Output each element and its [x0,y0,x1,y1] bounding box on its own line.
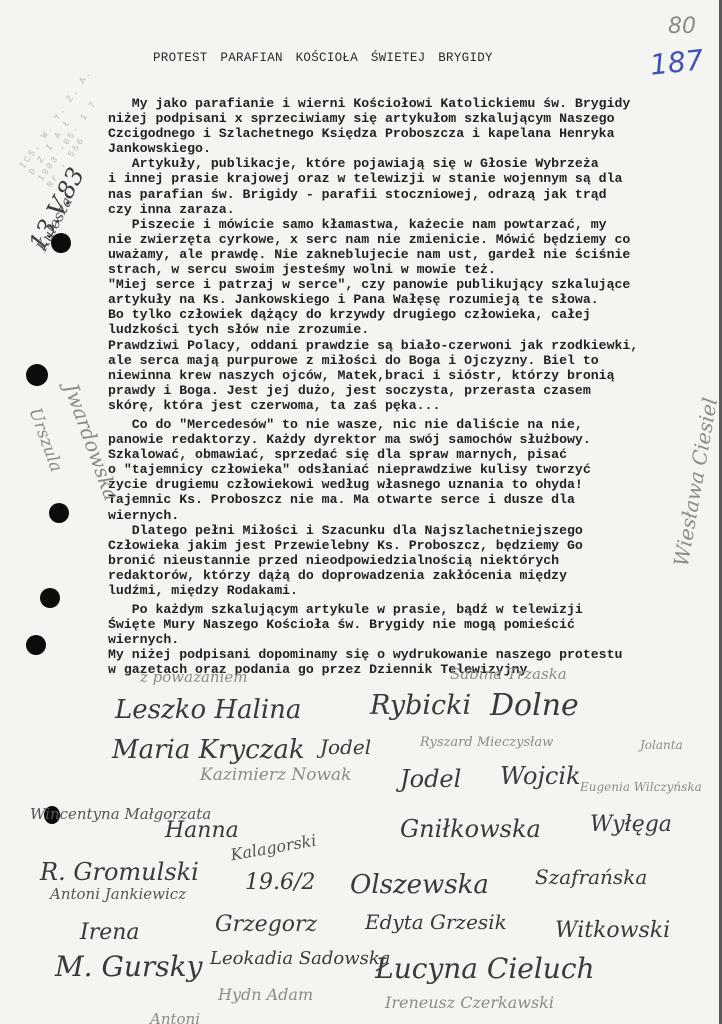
text-line: wiernych. [108,632,708,647]
punch-hole [26,364,48,386]
signature: Hanna [165,818,239,843]
signature: Leszko Halina [115,695,301,725]
signature: Wyłęga [590,812,672,837]
text-line: niżej podpisani x sprzeciwiamy się artyk… [108,111,708,126]
archive-number-new: 187 [648,43,705,81]
text-line: Bo tylko człowiek dążący do krzywdy drug… [108,307,708,322]
text-line: artykuły na Ks. Jankowskiego i Pana Wałę… [108,292,708,307]
text-line: panowie redaktorzy. Każdy dyrektor ma sw… [108,432,708,447]
signature: 19.6/2 [245,870,315,895]
signature: Edyta Grzesik [365,910,507,934]
signature: Grzegorz [215,912,317,937]
text-line: My niżej podpisani dopominamy się o wydr… [108,647,708,662]
text-line: wiernych. [108,508,708,523]
text-line: "Miej serce i patrzaj w serce", czy pano… [108,277,708,292]
signature: Dolne [490,688,579,723]
signature: Łucyna Cieluch [375,952,595,985]
signature: Antoni [150,1010,200,1024]
signature: Jodel [320,735,371,759]
signature: Leokadia Sadowska [210,948,391,969]
text-line: Piszecie i mówicie samo kłamastwa, każec… [108,217,708,232]
signature: Eugenia Wilczyńska [580,780,702,794]
text-line: Człowieka jakim jest Przewielebny Ks. Pr… [108,538,708,553]
text-line: prawdy i Boga. Jest jej dużo, jest soczy… [108,383,708,398]
text-line: ludźmi, między Rodakami. [108,583,708,598]
archive-number-old: 80 [668,14,696,39]
text-line: Święte Mury Naszego Kościoła św. Brygidy… [108,617,708,632]
signature: Ryszard Mieczysław [420,735,553,750]
signature: Irena [80,920,140,945]
signature: Ireneusz Czerkawski [385,993,554,1012]
signature: Kazimierz Nowak [200,765,351,785]
signature: Szafrańska [535,865,647,889]
signature: Sabina Trzaska [450,665,567,683]
signature: Witkowski [555,918,670,943]
scanned-document-page: ICS. W. Y. Z. A. D Z I A Ł 1983 -05- 1 7… [0,0,722,1024]
text-line: o "tajemnicy człowieka" odsłaniać niepra… [108,462,708,477]
text-line: Czcigodnego i Szlachetnego Księdza Probo… [108,126,708,141]
punch-hole [26,635,46,655]
text-line: Dlatego pełni Miłości i Szacunku dla Naj… [108,523,708,538]
text-line: Jankowskiego. [108,141,708,156]
signature: Wojcik [500,762,581,790]
text-line: czy inna zaraza. [108,202,708,217]
text-line: Artykuły, publikacje, które pojawiają si… [108,156,708,171]
text-line: Co do "Mercedesów" to nie wasze, nic nie… [108,417,708,432]
text-line: niewinna krew naszych ojców, Matek,braci… [108,368,708,383]
signature: Rybicki [370,690,471,721]
text-line: Po każdym szkalującym artykule w prasie,… [108,602,708,617]
punch-hole [40,588,60,608]
signature: M. Gursky [55,950,202,983]
punch-hole [49,503,69,523]
document-body: My jako parafianie i wierni Kościołowi K… [108,96,708,678]
signature: z poważaniem [140,668,248,686]
signature: Kalagorski [229,831,318,865]
text-line: skórę, która jest czerwoma, ta zaś pęka.… [108,398,708,413]
document-title: PROTEST PARAFIAN KOŚCIOŁA ŚWIETEJ BRYGID… [153,51,493,65]
signature: Olszewska [350,870,489,900]
text-line: Szkalować, obmawiać, sprzedać się dla sp… [108,447,708,462]
text-line: My jako parafianie i wierni Kościołowi K… [108,96,708,111]
text-line: życie drugiemu człowiekowi według własne… [108,477,708,492]
text-line: Tajemnic Ks. Proboszcz nie ma. Ma otwart… [108,492,708,507]
text-line: bronić nieustannie przed nieodpowiedzial… [108,553,708,568]
text-line: uważamy, ale prawdę. Nie zakneblujecie n… [108,247,708,262]
text-line: Prawdziwi Polacy, oddani prawdzie są bia… [108,338,708,353]
text-line: nas parafian św. Brigidy - parafii stocz… [108,187,708,202]
signature: Jodel [400,765,461,793]
signature: R. Gromulski [40,858,199,886]
text-line: nie zwierzęta cyrkowe, x serc nam nie zm… [108,232,708,247]
signature: Jolanta [640,738,683,752]
signature: Maria Kryczak [112,735,305,765]
handwritten-left-signature-2: Urszula [25,405,67,474]
text-line: ale serca mają purpurowe z miłości do Bo… [108,353,708,368]
text-line: strach, w sercu swoim jesteśmy wolni w m… [108,262,708,277]
text-line: i innej prasie krajowej oraz w telewizji… [108,171,708,186]
signature: Antoni Jankiewicz [50,885,186,903]
signature: Gniłkowska [400,815,541,843]
text-line: redaktorów, którzy dążą do doprowadzenia… [108,568,708,583]
signature: Hydn Adam [218,985,313,1004]
text-line: ludzkości tych słów nie zrozumie. [108,322,708,337]
